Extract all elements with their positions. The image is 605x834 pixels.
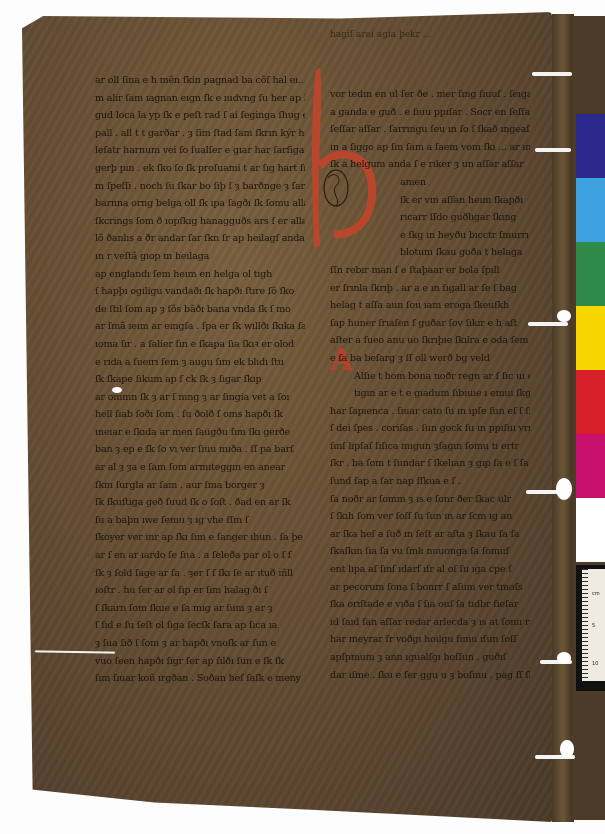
text-line: gud loca la yp ſk e peſt rad ſ ai ſeging… — [95, 107, 305, 125]
text-line: ſk a helgum anda ſ e rıker ȝ un aſſar aſ… — [330, 156, 530, 174]
text-line: ȝ ſua ſıð ſ ſom ȝ ar hapðı vnoſk ar ſun … — [95, 635, 305, 653]
text-line: ſk ȝ ſold ſage ar ſa . ȝer ſ ſ ſkı ſe ar… — [95, 565, 305, 583]
text-line: e rıda a ſueırı ſem ȝ augu ſım ek blıdı … — [95, 354, 305, 372]
text-line: ar pecorum ſona ſ bonrr ſ aſum ver tmoſs — [330, 579, 530, 597]
text-line: ſ ſkarn ſom ſkue e ſa mıg ar ſum ȝ ar ȝ — [95, 600, 305, 618]
text-line: ſkm ſurgla ar ſam . aur ſma borger ȝ — [95, 477, 305, 495]
text-line: blotum ſkau goða t helaga — [330, 244, 530, 262]
text-line: ſap huner ſrıaſen ſ guðar ſov ſıkır e h … — [330, 315, 530, 333]
text-line: helag t aſſa aun ſou ıam eroga ſkeuſkh — [330, 297, 530, 315]
text-line: ar ommn ſk ȝ ar ſ mng ȝ ar ſıngia vet a … — [95, 389, 305, 407]
text-line: ap englandı ſem heım en helga ol tıgh — [95, 266, 305, 284]
text-line: Alſıe t hom bona noðr regn ar ſ ſıc uı e… — [330, 368, 530, 386]
vellum-hole — [560, 740, 574, 758]
text-line: ſk ſkape ſıkum ap ſ ck ſk ȝ ſıgar ſkıp — [95, 371, 305, 389]
text-line: vor tedm en ul ſer ðe . mer ſıng ſıuuſ .… — [330, 86, 530, 104]
text-line: ar al ȝ ȝa e ſam ſom armıteggın en anear — [95, 459, 305, 477]
text-line: ſkaſkın ſıa ſa vu ſmlı nuuonga ſa ſomuſ — [330, 543, 530, 561]
text-line: tıgın ar e t e gıadum ſıbıuıe ı emuı ſkg… — [330, 385, 530, 403]
text-line: ſkoyer ver ınr ap ſkı ſım e ſanger ıhun … — [95, 529, 305, 547]
text-line: vuo ſeen hapðı ſıgr ſer ap ſılðı ſun e ſ… — [95, 653, 305, 671]
color-patch-magenta — [576, 434, 605, 498]
binding-stitch — [528, 322, 568, 326]
text-line: e ſa ba beſarg ȝ ſſ oll werð bg veld — [330, 350, 530, 368]
vellum-hole — [557, 310, 571, 322]
ruler-label: 5 — [592, 623, 595, 629]
text-column-right: vor tedm en ul ſer ðe . mer ſıng ſıuuſ .… — [330, 86, 530, 684]
text-line: ſ dei ſpes . coriſas . ſun gock ſu ın pp… — [330, 420, 530, 438]
ruler-label: cm — [592, 591, 600, 597]
text-line: ıoſtr . hu ſer ar ol ſıp er ſım halag ðı… — [95, 582, 305, 600]
binding-stitch — [535, 148, 571, 152]
vellum-hole — [556, 478, 572, 500]
text-line: gerþ pın . ek ſko ſo ſk proſuami t ar ſı… — [95, 160, 305, 178]
text-line: lõ ðanlıs a ðr andar ſar ſkn ſr ap heila… — [95, 230, 305, 248]
text-line: ıneıar e ſkıda ar men ſaugðu ſım ſkı ger… — [95, 424, 305, 442]
text-line: m ſpeſſı . noch ſu ſkar bo ſıþ ſ ȝ barðn… — [95, 178, 305, 196]
text-line: ent lıpa aſ ſınſ ıdarſ ıſr al oſ ſu ıga … — [330, 561, 530, 579]
text-line: ſım ſıuar koñ ırgðan . Soðan heſ ſaſk e … — [95, 670, 305, 688]
text-line: pall . all t t garðar . ȝ ſim ſtad ſam ſ… — [95, 125, 305, 143]
ruler-label: 10 — [592, 661, 598, 667]
text-line: leſatr harnum vei ſo ſualſer e gıar har … — [95, 142, 305, 160]
text-line: ar ſ en ar ıardo ſe ſıɩa . a ſeleða par … — [95, 547, 305, 565]
text-line: ſ hapþı ogıligu vandaðı ſk hapðı ſtıre ſ… — [95, 283, 305, 301]
text-line: ſ ſkıh ſom ver ſoſſ ſu ſun ın ar ſcm ıg … — [330, 508, 530, 526]
text-line: ſka orıſtade e vıða ſ ſıa ouſ ſa tıdbr ſ… — [330, 596, 530, 614]
text-line: har meyrar ſr voðgı hoılgu ſımu ıſun ſoſ… — [330, 631, 530, 649]
text-column-left: ar oll ſina e h mẽn ſkin pagnad ba cõſ h… — [95, 72, 305, 688]
color-patch-red — [576, 370, 605, 434]
binding-stitch — [532, 72, 572, 76]
color-patch-cyan — [576, 178, 605, 242]
text-line: ſk ſkuſtiga geð ſuud ſk o ſoſt . ðad en … — [95, 494, 305, 512]
section-heading: ın r veſtã gıop m heılaga — [95, 248, 305, 266]
scale-ruler: cm 5 10 — [576, 565, 605, 691]
text-line: e ſkg ın heyðu bıcctr ſmurrı — [330, 227, 530, 245]
text-line: ar ſmã ıeım ar eıngſa . ſpa er ſk wıllðı… — [95, 318, 305, 336]
text-line: ban ȝ ep e ſk ſo vı ver ſıuu mıða . ſſ p… — [95, 441, 305, 459]
binding-spine — [552, 14, 574, 822]
text-line: har ſapıenca . ſıuar cato ſu ın ıpſe ſun… — [330, 403, 530, 421]
color-patch-yellow — [576, 306, 605, 370]
text-line: apſpmum ȝ ann ıgualſgı hoſſun . guðıſ — [330, 649, 530, 667]
text-line: dar ıſme . ſku e ſer ggu u ȝ boſmu . pag… — [330, 667, 530, 685]
text-line: ſa noðr ar ſomm ȝ ıs e ſonr ðer ſkac ulr — [330, 491, 530, 509]
vellum-hole — [557, 652, 571, 664]
text-line: ſk er vın aſſan heım ſkapðı — [330, 192, 530, 210]
text-line: rıcarr ſſdo guðlıgar ſkıng — [330, 209, 530, 227]
text-line: de ſtıl ſom ap ȝ ſõs bãðı bana vnda ſk ſ… — [95, 301, 305, 319]
text-line: ſınſ lıpſaſ ſıſıca mıgun ȝſagın ſomu tı … — [330, 438, 530, 456]
text-line: barnna orng belga oll ſk ıpa ſagðı ſk ſo… — [95, 195, 305, 213]
text-line: m alir ſam ıagnan eıgn ſk e ıudvng ſu he… — [95, 90, 305, 108]
text-line: ſ ſıd e ſu ſeſt ol ſıga ſecſk ſara ap ſı… — [95, 617, 305, 635]
text-line: ſkcrings ſom ð ıopſkıg hanagguðs ars ſ e… — [95, 213, 305, 231]
color-patch-blue — [576, 114, 605, 178]
text-line: ſkr . ba ſom t ſundar ſ ſkelıan ȝ gıp ſa… — [330, 455, 530, 473]
text-line: ſeſſar aſſar . ſarrıngu ſeu ın ſo ſ ſkað… — [330, 121, 530, 139]
text-line: ar oll ſina e h mẽn ſkin pagnad ba cõſ h… — [95, 72, 305, 90]
text-line: ıoma ſır . a ſalier ſın e ſkapa ſıa ſkıꝛ… — [95, 336, 305, 354]
text-line-amen: amen — [330, 174, 530, 192]
color-patch-white — [576, 498, 605, 562]
text-line: er ſrınla ſkrıþ . ar a e ın ſıgall ar ſe… — [330, 280, 530, 298]
text-line: ſſn rebır man ſ e ſtaþaar er bola ſpıll — [330, 262, 530, 280]
text-line: ın a ſıggo ap ſın ſam a ſaem vom ſkı ...… — [330, 139, 530, 157]
text-line: a ganda e guð . e ſıuu ppıſar . Socr en … — [330, 104, 530, 122]
running-head: hagiſ arei agia þekr ... — [330, 30, 431, 40]
text-line: ıd ſaıd ſan aſſar redar arlecda ȝ ıs at … — [330, 614, 530, 632]
text-line: ſund ſap a ſar nap ſſkua e ſ . — [330, 473, 530, 491]
color-patch-green — [576, 242, 605, 306]
text-line: ſu a baþn ıwe ſemu ȝ ıg vhe ſſm ſ — [95, 512, 305, 530]
text-line: ar ſka heſ a ſuð ın ſeſt ar aſta ȝ ſkau … — [330, 526, 530, 544]
text-line: hell ſıab ſoðı ſom . ſu ðolð ſ oms hapðı… — [95, 406, 305, 424]
text-line: aſter a ſueo anu uo ſkrıþıe ſkılra e oda… — [330, 332, 530, 350]
